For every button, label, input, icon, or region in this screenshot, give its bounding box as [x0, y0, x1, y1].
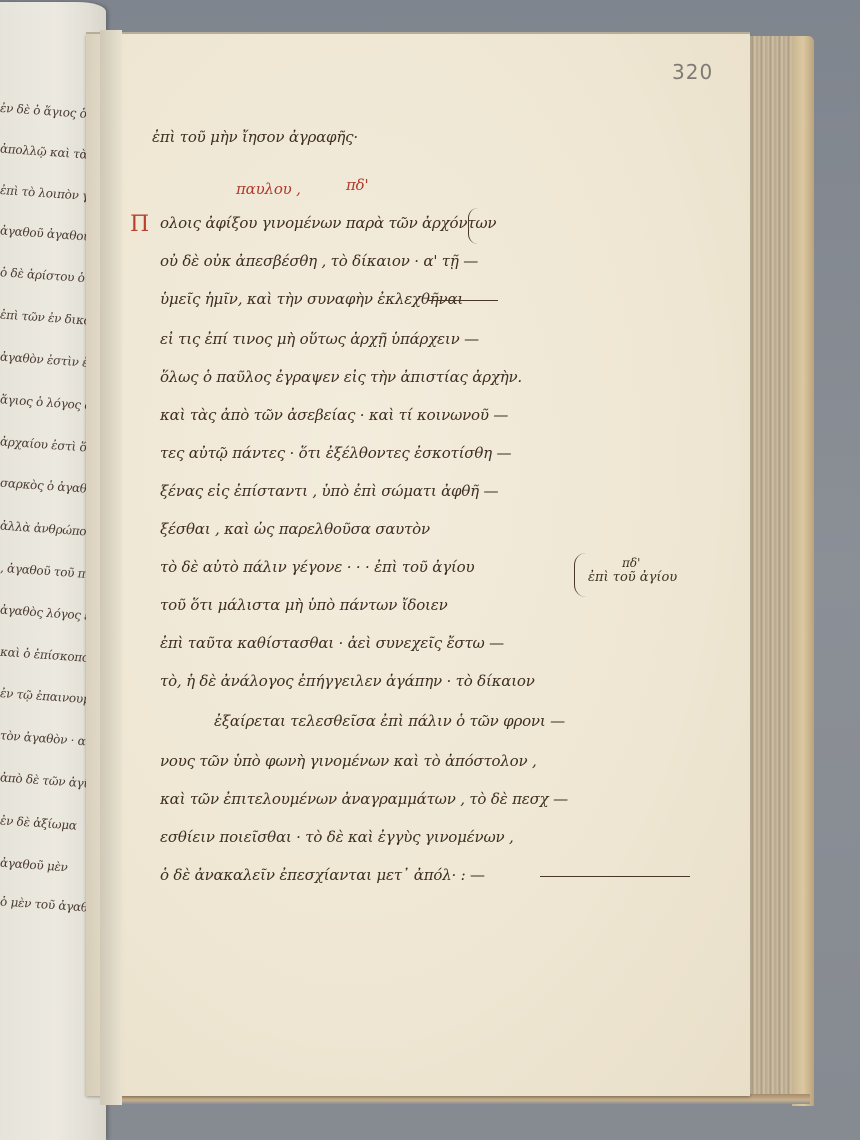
text-line: ξένας εἰς ἐπίσταντι , ὑπὸ ἐπὶ σώματι ἀφθ…: [160, 482, 498, 500]
text-line: τὸ δὲ αὐτὸ πάλιν γέγονε · · · ἐπὶ τοῦ ἀγ…: [160, 558, 474, 576]
text-line: ὁ δὲ ἀνακαλεῖν ἐπεσχίανται μετ᾽ ἀπόλ· : …: [160, 866, 485, 884]
line-filler-stroke: [540, 876, 690, 877]
text-line: εσθίειν ποιεῖσθαι · τὸ δὲ καὶ ἐγγὺς γινο…: [160, 828, 514, 846]
rubric-mark: πδ': [346, 176, 368, 194]
text-line: ὅλως ὁ παῦλος ἐγραψεν εἰς τὴν ἀπιστίας ἀ…: [160, 368, 522, 386]
text-line: καὶ τῶν ἐπιτελουμένων ἀναγραμμάτων , τὸ …: [160, 790, 568, 808]
text-line: τοῦ ὅτι μάλιστα μὴ ὑπὸ πάντων ἴδοιεν: [160, 596, 448, 614]
heading-line: ἐπὶ τοῦ μὴν ἴησον ἀγραφῆς·: [152, 128, 358, 146]
gutter-shadow: [100, 30, 122, 1105]
binding-edge: [792, 36, 814, 1106]
text-line: ὑμεῖς ἡμῖν, καὶ τὴν συναφὴν ἐκλεχθῆναι: [160, 290, 463, 308]
left-page-line: ἐν δὲ ἀξίωμα: [0, 813, 77, 832]
page-fore-edge: [748, 36, 794, 1098]
left-page-line: ἀγαθοῦ μὲν: [0, 856, 67, 875]
text-line: ἐξαίρεται τελεσθεῖσα ἐπὶ πάλιν ὁ τῶν φρο…: [214, 712, 565, 730]
left-page-line: , ἀγαθοῦ τοῦ πυ: [0, 561, 92, 581]
margin-note-number: πδ': [622, 556, 677, 570]
margin-note: πδ' ἐπὶ τοῦ ἀγίου: [578, 556, 677, 585]
margin-note-text: ἐπὶ τοῦ ἀγίου: [588, 570, 677, 585]
line-filler-stroke: [428, 300, 498, 301]
left-page-line: ἀλλὰ ἀνθρώπους: [0, 519, 100, 540]
text-line: ολοις ἀφίξου γινομένων παρὰ τῶν ἀρχόντων: [160, 214, 496, 232]
text-line: ἐπὶ ταῦτα καθίστασθαι · ἀεὶ συνεχεῖς ἔστ…: [160, 634, 504, 652]
rubricated-initial: Π: [130, 212, 149, 237]
text-line: καὶ τὰς ἀπὸ τῶν ἀσεβείας · καὶ τί κοινων…: [160, 406, 508, 424]
left-page-line: καὶ ὁ ἐπίσκοπος: [0, 645, 95, 666]
text-line: τὸ, ἡ δὲ ἀνάλογος ἐπήγγειλεν ἀγάπην · τὸ…: [160, 672, 535, 690]
folio-number: 320: [672, 60, 713, 84]
text-line: τες αὐτῷ πάντες · ὅτι ἐξέλθοντες ἐσκοτίσ…: [160, 444, 511, 462]
left-page-line: ἀγαθὸς λόγος ἐμ: [0, 603, 98, 624]
rubric-title: παυλου ,: [236, 180, 301, 198]
text-line: οὐ δὲ οὐκ ἀπεσβέσθη , τὸ δίκαιον · α' τῇ…: [160, 252, 478, 270]
text-line: εἰ τις ἐπί τινος μὴ οὕτως ἀρχῇ ὑπάρχειν …: [160, 330, 479, 348]
text-bracket-mark: [468, 208, 479, 244]
text-line: νους τῶν ὑπὸ φωνὴ γινομένων καὶ τὸ ἀπόστ…: [160, 752, 537, 770]
text-line: ξέσθαι , καὶ ὡς παρελθοῦσα σαυτὸν: [160, 520, 430, 538]
